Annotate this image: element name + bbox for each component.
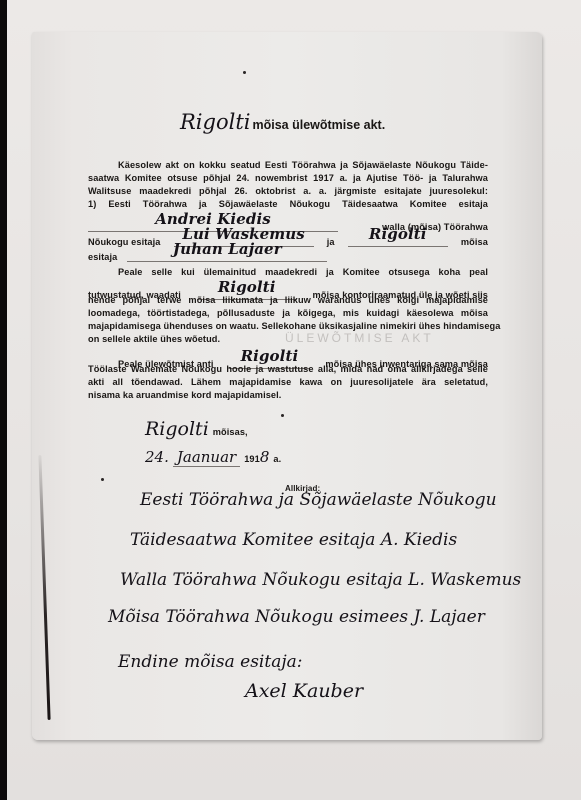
rep3-row: esitaja Juhan Lajaer <box>88 243 488 262</box>
rep2-estate-handwritten: Rigolti <box>369 225 427 243</box>
intro-line-4: 1) Eesti Töörahwa ja Sõjawäelaste Nõukog… <box>88 199 488 209</box>
rep3-name-handwritten: Juhan Lajaer <box>173 240 282 258</box>
place-row: Rigolti mõisas, <box>145 418 248 440</box>
dust-speck <box>101 478 104 481</box>
signature-line-3: Walla Töörahwa Nõukogu esitaja L. Waskem… <box>120 570 521 590</box>
film-edge <box>0 0 7 800</box>
para2-line-3: nende põhjal terwe mõisa liikumata ja li… <box>88 295 488 305</box>
signature-line-4: Mõisa Töörahwa Nõukogu esimees J. Lajaer <box>108 607 485 627</box>
signature-line-2: Täidesaatwa Komitee esitaja A. Kiedis <box>130 530 457 550</box>
document-title: Rigolti mõisa ülewõtmise akt. <box>180 110 480 140</box>
rep3-prefix: esitaja <box>88 252 117 262</box>
para3-estate-handwritten: Rigolti <box>241 347 299 365</box>
title-estate-handwritten: Rigolti <box>180 110 251 134</box>
intro-line-3: Walitsuse maadekredi põhjal 26. oktobris… <box>88 186 488 196</box>
dust-speck <box>281 414 284 417</box>
date-month-handwritten: Jaanuar <box>173 448 240 467</box>
rep3-fill: Juhan Lajaer <box>127 243 327 262</box>
para2-line-5: majapidamisega ühenduses on waatu. Selle… <box>88 321 488 331</box>
date-year-suffix: a. <box>273 454 281 464</box>
date-row: 24. Jaanuar 1918 a. <box>145 448 281 467</box>
place-suffix: mõisas, <box>213 427 248 437</box>
date-year-prefix: 191 <box>244 454 260 464</box>
para2-line-1: Peale selle kui ülemainitud maadekredi j… <box>88 267 488 277</box>
title-printed: mõisa ülewõtmise akt. <box>253 118 386 132</box>
intro-line-1: Käesolew akt on kokku seatud Eesti Tööra… <box>88 160 488 170</box>
signature-line-6: Axel Kauber <box>245 680 363 702</box>
signature-line-5: Endine mõisa esitaja: <box>118 652 302 672</box>
para3-line-2: Töölaste Wanemate Nõukogu hoole ja wastu… <box>88 364 488 374</box>
para2-line-6: on sellele aktile ühes wõetud. <box>88 334 488 344</box>
dust-speck <box>243 71 246 74</box>
place-estate-handwritten: Rigolti <box>145 418 209 440</box>
signature-line-1: Eesti Töörahwa ja Sõjawäelaste Nõukogu <box>140 490 497 510</box>
intro-line-2: saatwa Komitee otsuse põhjal 24. nowembr… <box>88 173 488 183</box>
date-year-digit-handwritten: 8 <box>260 448 270 466</box>
para2-line-4: loomadega, töörtistadega, põllusaduste j… <box>88 308 488 318</box>
para2-estate-handwritten: Rigolti <box>218 278 276 296</box>
para3-line-3: akti all tõendawad. Lähem majapidamise k… <box>88 377 488 387</box>
date-day-handwritten: 24. <box>145 448 169 466</box>
para3-line-4: nisama ka aruandmise kord majapidamisel. <box>88 390 488 400</box>
